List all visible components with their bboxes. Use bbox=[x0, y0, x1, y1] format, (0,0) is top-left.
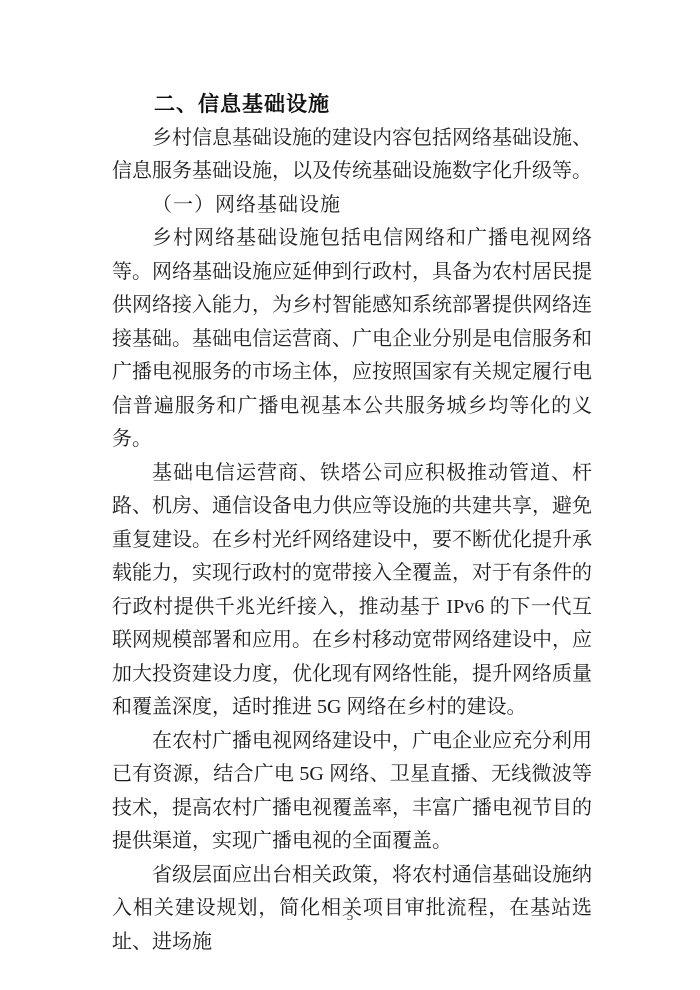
document-page: 二、信息基础设施 乡村信息基础设施的建设内容包括网络基础设施、信息服务基础设施，… bbox=[0, 0, 700, 990]
paragraph-infrastructure-sharing: 基础电信运营商、铁塔公司应积极推动管道、杆路、机房、通信设备电力供应等设施的共建… bbox=[112, 457, 592, 725]
page-content: 二、信息基础设施 乡村信息基础设施的建设内容包括网络基础设施、信息服务基础设施，… bbox=[112, 88, 592, 959]
intro-paragraph: 乡村信息基础设施的建设内容包括网络基础设施、信息服务基础设施，以及传统基础设施数… bbox=[112, 122, 592, 189]
section-heading: 二、信息基础设施 bbox=[112, 88, 592, 122]
subsection-heading: （一）网络基础设施 bbox=[112, 189, 592, 223]
page-number: 5 bbox=[0, 908, 700, 924]
paragraph-network-overview: 乡村网络基础设施包括电信网络和广播电视网络等。网络基础设施应延伸到行政村，具备为… bbox=[112, 222, 592, 457]
paragraph-broadcast-tv: 在农村广播电视网络建设中，广电企业应充分利用已有资源，结合广电 5G 网络、卫星… bbox=[112, 725, 592, 859]
